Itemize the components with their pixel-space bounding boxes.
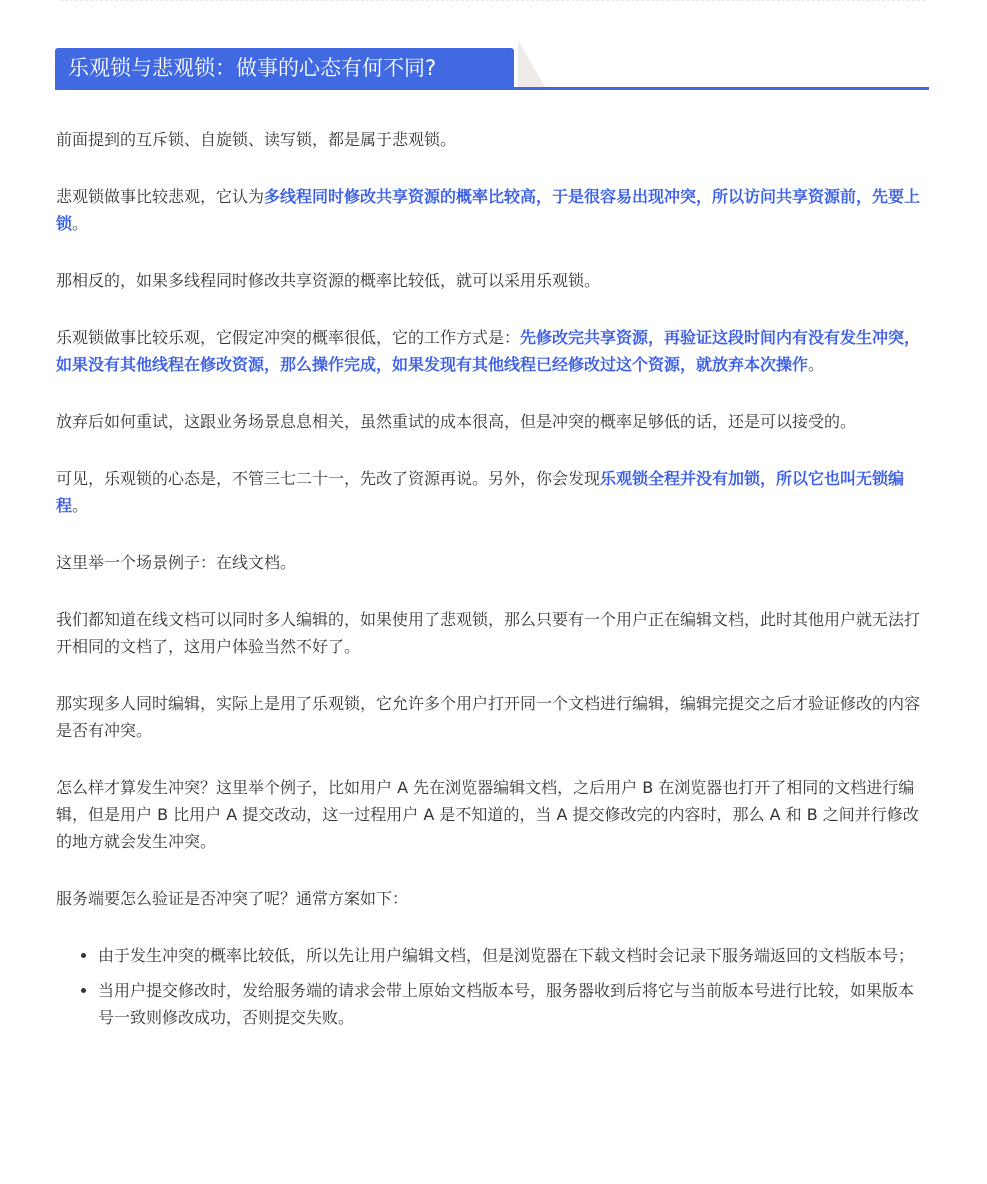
paragraph-5: 放弃后如何重试，这跟业务场景息息相关，虽然重试的成本很高，但是冲突的概率足够低的… (56, 408, 926, 435)
paragraph-6-text: 可见，乐观锁的心态是，不管三七二十一，先改了资源再说。另外，你会发现 (56, 469, 600, 488)
paragraph-3: 那相反的，如果多线程同时修改共享资源的概率比较低，就可以采用乐观锁。 (56, 267, 926, 294)
paragraph-4-end: 。 (808, 355, 824, 374)
paragraph-7: 这里举一个场景例子：在线文档。 (56, 549, 926, 576)
top-divider (60, 0, 925, 1)
paragraph-8: 我们都知道在线文档可以同时多人编辑的，如果使用了悲观锁，那么只要有一个用户正在编… (56, 606, 926, 660)
paragraph-2-text: 悲观锁做事比较悲观，它认为 (56, 187, 264, 206)
heading-decoration (518, 40, 545, 87)
list-item: 当用户提交修改时，发给服务端的请求会带上原始文档版本号，服务器收到后将它与当前版… (98, 977, 926, 1031)
list-item: 由于发生冲突的概率比较低，所以先让用户编辑文档，但是浏览器在下载文档时会记录下服… (98, 942, 926, 969)
article-body: 前面提到的互斥锁、自旋锁、读写锁，都是属于悲观锁。 悲观锁做事比较悲观，它认为多… (56, 126, 926, 1039)
paragraph-4-text: 乐观锁做事比较乐观，它假定冲突的概率很低，它的工作方式是： (56, 328, 520, 347)
paragraph-6: 可见，乐观锁的心态是，不管三七二十一，先改了资源再说。另外，你会发现乐观锁全程并… (56, 465, 926, 519)
paragraph-10: 怎么样才算发生冲突？这里举个例子，比如用户 A 先在浏览器编辑文档，之后用户 B… (56, 774, 926, 855)
paragraph-6-end: 。 (72, 496, 88, 515)
paragraph-4: 乐观锁做事比较乐观，它假定冲突的概率很低，它的工作方式是：先修改完共享资源，再验… (56, 324, 926, 378)
section-heading: 乐观锁与悲观锁：做事的心态有何不同? (55, 40, 929, 90)
solution-list: 由于发生冲突的概率比较低，所以先让用户编辑文档，但是浏览器在下载文档时会记录下服… (56, 942, 926, 1031)
paragraph-1: 前面提到的互斥锁、自旋锁、读写锁，都是属于悲观锁。 (56, 126, 926, 153)
paragraph-9: 那实现多人同时编辑，实际上是用了乐观锁，它允许多个用户打开同一个文档进行编辑，编… (56, 690, 926, 744)
paragraph-2: 悲观锁做事比较悲观，它认为多线程同时修改共享资源的概率比较高，于是很容易出现冲突… (56, 183, 926, 237)
heading-underline (55, 87, 929, 90)
section-heading-title: 乐观锁与悲观锁：做事的心态有何不同? (55, 48, 514, 90)
paragraph-2-end: 。 (72, 214, 88, 233)
paragraph-11: 服务端要怎么验证是否冲突了呢？通常方案如下： (56, 885, 926, 912)
